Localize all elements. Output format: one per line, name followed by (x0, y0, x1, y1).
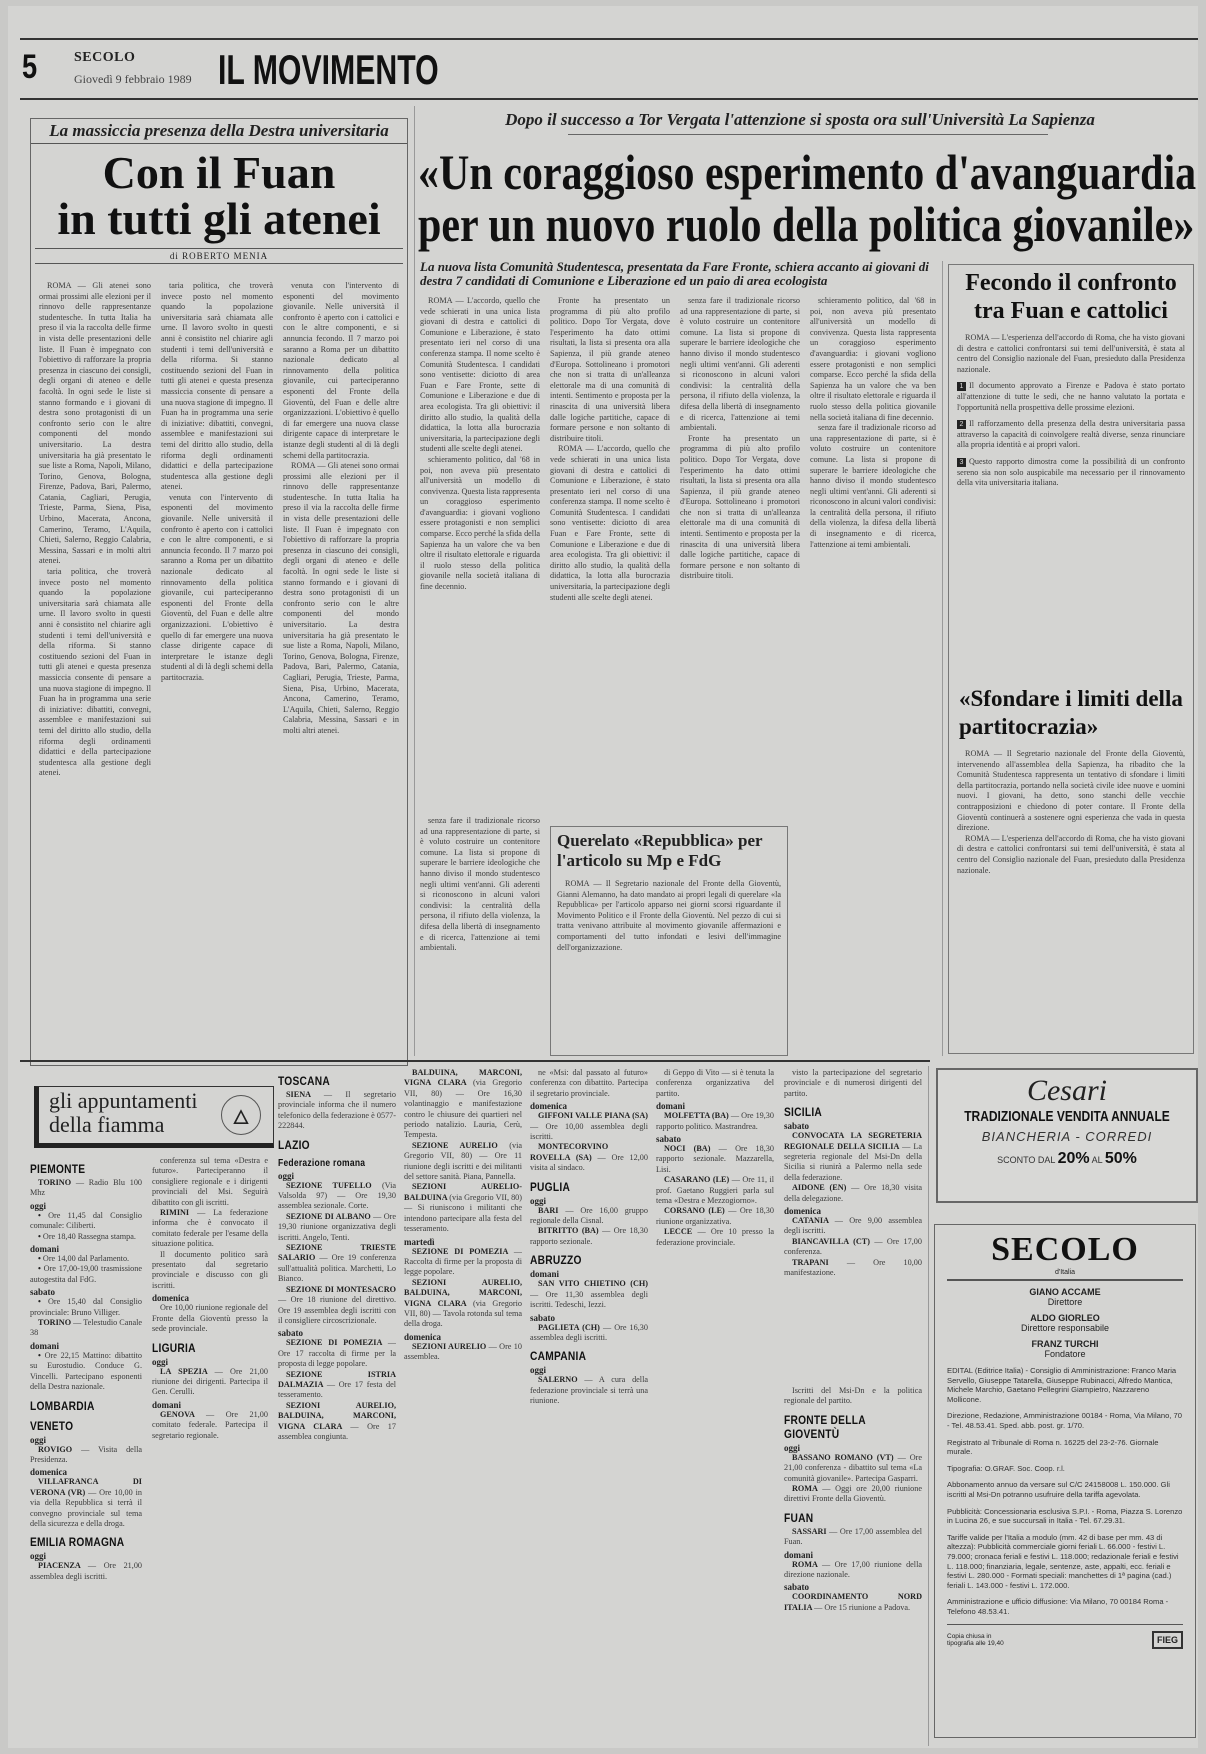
entry-place: SEZIONE AURELIO (412, 1141, 509, 1150)
person-role: Fondatore (947, 1349, 1183, 1359)
appointment-entry: • Ore 14,00 dal Parlamento. (30, 1254, 142, 1264)
side-second-headline: «Sfondare i limiti della partitocrazia» (959, 685, 1185, 741)
cesari-advertisement: Cesari TRADIZIONALE VENDITA ANNUALE BIAN… (936, 1068, 1198, 1203)
region-heading: FRONTE DELLA GIOVENTÙ (784, 1413, 901, 1441)
main-article-column-1: ROMA — L'accordo, quello che vede schier… (420, 296, 540, 816)
column-divider (414, 106, 415, 1056)
main-subheadline: La nuova lista Comunità Studentesca, pre… (420, 260, 945, 288)
colophon-people: GIANO ACCAME Direttore ALDO GIORLEO Dire… (947, 1287, 1183, 1359)
appointment-entry: SEZIONI AURELIO, BALDUINA, MARCONI, VIGN… (278, 1401, 396, 1443)
day-label: domani (656, 1101, 774, 1111)
side-article: Fecondo il confronto tra Fuan e cattolic… (948, 264, 1194, 1054)
entry-place: • (38, 1351, 45, 1360)
day-label: martedì (404, 1237, 522, 1247)
person-name: FRANZ TURCHI (947, 1339, 1183, 1349)
left-article-column-1: ROMA — Gli atenei sono ormai prossimi al… (39, 281, 151, 1061)
person-role: Direttore (947, 1297, 1183, 1307)
querelato-text: ROMA — Il Segretario nazionale del Front… (557, 879, 781, 1049)
entry-place: SAN VITO CHIETINO (CH) (538, 1279, 648, 1288)
entry-place: SEZIONI AURELIO, BALDUINA, MARCONI, VIGN… (404, 1278, 522, 1308)
appointment-entry: BALDUINA, MARCONI, VIGNA CLARA (via Greg… (404, 1068, 522, 1141)
appointment-entry: ROVIGO — Visita della Presidenza. (30, 1445, 142, 1466)
paragraph: ROMA — Il Segretario nazionale del Front… (957, 749, 1185, 834)
byline-bar: di ROBERTO MENIA (35, 248, 403, 264)
querelato-headline: Querelato «Repubblica» per l'articolo su… (551, 827, 787, 873)
column-divider (928, 1066, 929, 1746)
left-kicker: La massiccia presenza della Destra unive… (31, 121, 407, 144)
colophon: SECOLO d'Italia GIANO ACCAME Direttore A… (934, 1224, 1196, 1738)
day-label: oggi (30, 1435, 142, 1445)
day-label: domani (30, 1244, 142, 1254)
colophon-title: SECOLO (947, 1231, 1183, 1269)
paragraph: schieramento politico, dal '68 in poi, n… (810, 296, 936, 423)
appointment-entry: ne «Msi: dal passato al futuro» conferen… (530, 1068, 648, 1099)
entry-place: SEZIONI AURELIO-BALDUINA (404, 1182, 522, 1201)
day-label: domenica (30, 1467, 142, 1477)
left-article-column-2: taria politica, che troverà invece posto… (161, 281, 273, 1061)
region-heading: VENETO (30, 1419, 125, 1433)
entry-place: BARI (538, 1206, 565, 1215)
appointment-entry: SAN VITO CHIETINO (CH) — Ore 11,30 assem… (530, 1279, 648, 1310)
appointment-entry: • Ore 17,00-19,00 trasmissione autogesti… (30, 1264, 142, 1285)
entry-place: GENOVA (160, 1410, 206, 1419)
discount-prefix: SCONTO DAL (997, 1155, 1055, 1165)
appointment-entry: SEZIONI AURELIO-BALDUINA (via Gregorio V… (404, 1182, 522, 1234)
appointment-entry: CORSANO (LE) — Ore 18,30 riunione organi… (656, 1206, 774, 1227)
paragraph: ROMA — L'accordo, quello che vede schier… (420, 296, 540, 455)
colophon-footer: Copia chiusa in tipografia alle 19,40 FI… (947, 1624, 1183, 1649)
paragraph: schieramento politico, dal '68 in poi, n… (420, 455, 540, 593)
appuntamenti-column: visto la partecipazione del segretario p… (784, 1068, 922, 1384)
entry-place: BIANCAVILLA (CT) (792, 1237, 874, 1246)
appointment-entry: SEZIONE DI POMEZIA — Ore 17 raccolta di … (278, 1338, 396, 1369)
day-label: domani (784, 1550, 922, 1560)
appointment-entry: visto la partecipazione del segretario p… (784, 1068, 922, 1099)
entry-place: SEZIONI AURELIO, BALDUINA, MARCONI, VIGN… (278, 1401, 396, 1431)
appointment-entry: CONVOCATA LA SEGRETERIA REGIONALE DELLA … (784, 1131, 922, 1183)
entry-place: CORSANO (LE) (664, 1206, 728, 1215)
appuntamenti-column: ne «Msi: dal passato al futuro» conferen… (530, 1068, 648, 1746)
appointment-entry: TORINO — Telestudio Canale 38 (30, 1318, 142, 1339)
column-divider (942, 261, 943, 1056)
appointment-entry: SEZIONE ISTRIA DALMAZIA — Ore 17 festa d… (278, 1370, 396, 1401)
entry-place: LECCE (664, 1227, 697, 1236)
paragraph: senza fare il tradizionale ricorso ad un… (680, 296, 800, 434)
paragraph: taria politica, che troverà invece posto… (161, 281, 273, 493)
person-role: Direttore responsabile (947, 1323, 1183, 1333)
appointment-entry: SEZIONE DI MONTESACRO — Ore 18 riunione … (278, 1285, 396, 1327)
day-label: oggi (278, 1171, 396, 1181)
appointment-entry: • Ore 18,40 Rassegna stampa. (30, 1232, 142, 1242)
appointment-entry: RIMINI — La federazione informa che è co… (152, 1208, 268, 1250)
region-heading: SICILIA (784, 1105, 901, 1119)
main-headline-line1: «Un coraggioso esperimento d'avanguardia (418, 146, 1073, 198)
entry-place: SEZIONE DI MONTESACRO (286, 1285, 396, 1294)
appointment-entry: Iscritti del Msi-Dn e la politica region… (784, 1386, 922, 1407)
appointment-entry: COORDINAMENTO NORD ITALIA — Ore 15 riuni… (784, 1592, 922, 1613)
day-label: oggi (530, 1196, 648, 1206)
entry-place: • (38, 1232, 43, 1241)
appointment-entry: SEZIONE TUFELLO (Via Valsolda 97) — Ore … (278, 1181, 396, 1212)
appointment-entry: SASSARI — Ore 17,00 assemblea del Fuan. (784, 1527, 922, 1548)
day-label: domenica (404, 1332, 522, 1342)
appointment-entry: SEZIONE AURELIO (via Gregorio VII, 80) —… (404, 1141, 522, 1183)
discount-to: 50% (1105, 1150, 1137, 1167)
section-title: IL MOVIMENTO (218, 46, 439, 94)
appuntamenti-column: di Geppo di Vito — si è tenuta la confer… (656, 1068, 774, 1746)
day-label: oggi (152, 1357, 268, 1367)
appuntamenti-column: Iscritti del Msi-Dn e la politica region… (784, 1386, 922, 1746)
appointment-entry: PAGLIETA (CH) — Ore 16,30 assemblea degl… (530, 1323, 648, 1344)
appointment-entry: • Ore 15,40 dal Consiglio provinciale: B… (30, 1297, 142, 1318)
entry-place: MOLFETTA (BA) (664, 1111, 731, 1120)
title-line-1: gli appuntamenti (49, 1089, 197, 1113)
appointment-entry: SEZIONE TRIESTE SALARIO — Ore 19 confere… (278, 1243, 396, 1285)
appointment-entry: BARI — Ore 16,00 gruppo regionale della … (530, 1206, 648, 1227)
appointment-entry: TORINO — Radio Blu 100 Mhz (30, 1178, 142, 1199)
appointment-entry: MOLFETTA (BA) — Ore 19,30 rapporto polit… (656, 1111, 774, 1132)
entry-place: SEZIONE DI POMEZIA (286, 1338, 388, 1347)
appointment-entry: SALERNO — A cura della federazione provi… (530, 1375, 648, 1406)
appointment-entry: Il documento politico sarà presentato da… (152, 1250, 268, 1292)
colophon-subtitle: d'Italia (947, 1269, 1183, 1281)
entry-place: CATANIA (792, 1216, 835, 1225)
appointment-entry: SEZIONE DI ALBANO — Ore 19,30 riunione o… (278, 1212, 396, 1243)
paragraph: venuta con l'intervento di esponenti del… (161, 493, 273, 684)
paragraph: ROMA — L'esperienza dell'accordo di Roma… (957, 333, 1185, 375)
entry-place: AIDONE (EN) (792, 1183, 851, 1192)
paragraph: ROMA — L'esperienza dell'accordo di Roma… (957, 834, 1185, 876)
number-box: 2 (957, 420, 966, 429)
day-label: sabato (784, 1121, 922, 1131)
entry-place: ROMA (792, 1560, 822, 1569)
entry-place: CASARANO (LE) (664, 1175, 732, 1184)
region-heading: LOMBARDIA (30, 1399, 125, 1413)
appointment-entry: BIANCAVILLA (CT) — Ore 17,00 conferenza. (784, 1237, 922, 1258)
day-label: domenica (784, 1206, 922, 1216)
number-box: 3 (957, 458, 966, 467)
appuntamenti-column: TOSCANASIENA — Il segretario provinciale… (278, 1068, 396, 1746)
ad-tagline: TRADIZIONALE VENDITA ANNUALE (964, 1108, 1170, 1125)
left-headline-line2: in tutti gli atenei (31, 196, 407, 242)
entry-place: BASSANO ROMANO (VT) (792, 1453, 898, 1462)
appuntamenti-title: gli appuntamenti della fiamma (49, 1089, 197, 1137)
bottom-section-rule (20, 1060, 930, 1062)
main-article-column-3: senza fare il tradizionale ricorso ad un… (680, 296, 800, 816)
appuntamenti-column: conferenza sul tema «Destra e futuro». P… (152, 1156, 268, 1746)
appuntamenti-column: BALDUINA, MARCONI, VIGNA CLARA (via Greg… (404, 1068, 522, 1746)
entry-place: BITRITTO (BA) (538, 1226, 602, 1235)
appointment-entry: SEZIONE DI POMEZIA — Raccolta di firme p… (404, 1247, 522, 1278)
paragraph: ROMA — Gli atenei sono ormai prossimi al… (283, 461, 399, 736)
entry-place: VILLAFRANCA DI VERONA (VR) (30, 1477, 142, 1496)
paragraph: senza fare il tradizionale ricorso ad un… (810, 423, 936, 550)
ad-brand: Cesari (938, 1074, 1196, 1108)
appointment-entry: • Ore 22,15 Mattino: dibattito su Eurost… (30, 1351, 142, 1393)
paper-name: SECOLO (74, 50, 135, 66)
entry-place: SASSARI (792, 1527, 829, 1536)
paragraph: Fronte ha presentato un programma di più… (680, 434, 800, 582)
region-heading: TOSCANA (278, 1074, 378, 1088)
paragraph: ROMA — L'accordo, quello che vede schier… (550, 444, 670, 603)
region-heading: PIEMONTE (30, 1162, 125, 1176)
flame-logo-icon: 🜂 (221, 1095, 261, 1135)
appointment-entry: AIDONE (EN) — Ore 18,30 visita della del… (784, 1183, 922, 1204)
point-2: 2Il rafforzamento della presenza della d… (957, 419, 1185, 451)
appointment-entry: GIFFONI VALLE PIANA (SA) — Ore 10,00 ass… (530, 1111, 648, 1142)
side-headline: Fecondo il confronto tra Fuan e cattolic… (949, 269, 1193, 325)
day-label: oggi (30, 1551, 142, 1561)
entry-place: SEZIONE TUFELLO (286, 1181, 382, 1190)
paragraph: ROMA — Gli atenei sono ormai prossimi al… (39, 281, 151, 567)
appointment-entry: NOCI (BA) — Ore 18,30 rapporto sezionale… (656, 1144, 774, 1175)
appointment-entry: MONTECORVINO ROVELLA (SA) — Ore 12,00 vi… (530, 1142, 648, 1173)
day-label: sabato (30, 1287, 142, 1297)
appointment-entry: BITRITTO (BA) — Ore 18,30 rapporto sezio… (530, 1226, 648, 1247)
entry-place: SEZIONE TRIESTE SALARIO (278, 1243, 396, 1262)
appointment-entry: SIENA — Il segretario provinciale inform… (278, 1090, 396, 1132)
appointment-entry: SEZIONI AURELIO — Ore 10 assemblea. (404, 1342, 522, 1363)
entry-place: MONTECORVINO ROVELLA (SA) (530, 1142, 608, 1161)
appointment-entry: LECCE — Ore 10 presso la federazione pro… (656, 1227, 774, 1248)
entry-place: CONVOCATA LA SEGRETERIA REGIONALE DELLA … (784, 1131, 922, 1150)
entry-place: SIENA (286, 1090, 324, 1099)
issue-date: Giovedì 9 febbraio 1989 (74, 72, 192, 87)
entry-place: • (38, 1254, 43, 1263)
appointment-entry: ROMA — Oggi ore 20,00 riunione direttivi… (784, 1484, 922, 1505)
entry-place: SEZIONI AURELIO (412, 1342, 489, 1351)
day-label: domenica (152, 1293, 268, 1303)
appointment-entry: VILLAFRANCA DI VERONA (VR) — Ore 10,00 i… (30, 1477, 142, 1529)
appointment-entry: CASARANO (LE) — Ore 11, il prof. Gaetano… (656, 1175, 774, 1206)
top-rule (20, 38, 1198, 40)
main-article-column-2: Fronte ha presentato un programma di più… (550, 296, 670, 816)
entry-place: PAGLIETA (CH) (538, 1323, 603, 1332)
appointment-entry: conferenza sul tema «Destra e futuro». P… (152, 1156, 268, 1208)
number-box: 1 (957, 382, 966, 391)
newspaper-page: 5 SECOLO Giovedì 9 febbraio 1989 IL MOVI… (8, 6, 1198, 1748)
paragraph: taria politica, che troverà invece posto… (39, 567, 151, 779)
main-headline: «Un coraggioso esperimento d'avanguardia… (418, 146, 1073, 250)
masthead-bottom-rule (20, 98, 1198, 100)
colophon-paragraph: Tipografia: O.GRAF. Soc. Coop. r.l. (947, 1464, 1183, 1474)
entry-place: PIACENZA (38, 1561, 88, 1570)
colophon-paragraph: Pubblicità: Concessionaria esclusiva S.P… (947, 1507, 1183, 1526)
appointment-entry: CATANIA — Ore 9,00 assemblea degli iscri… (784, 1216, 922, 1237)
region-heading: EMILIA ROMAGNA (30, 1535, 125, 1549)
appointment-entry: • Ore 11,45 dal Consiglio comunale: Cili… (30, 1211, 142, 1232)
day-label: oggi (530, 1365, 648, 1375)
appuntamenti-column: PIEMONTETORINO — Radio Blu 100 Mhzoggi• … (30, 1156, 142, 1746)
region-heading: PUGLIA (530, 1180, 630, 1194)
day-label: sabato (656, 1134, 774, 1144)
left-article-column-3: venuta con l'intervento di esponenti del… (283, 281, 399, 1061)
entry-place: SEZIONE ISTRIA DALMAZIA (278, 1370, 396, 1389)
region-heading: LAZIO (278, 1138, 378, 1152)
entry-place: TRAPANI (792, 1258, 847, 1267)
appointment-entry: Ore 10,00 riunione regionale del Fronte … (152, 1303, 268, 1334)
colophon-paragraph: Amministrazione e ufficio diffusione: Vi… (947, 1597, 1183, 1616)
region-heading: FUAN (784, 1511, 901, 1525)
point-text: Questo rapporto dimostra come la possibi… (957, 457, 1185, 487)
day-label: domenica (530, 1101, 648, 1111)
ad-products: BIANCHERIA - CORREDI (938, 1129, 1196, 1144)
appointment-entry: TRAPANI — Ore 10,00 manifestazione. (784, 1258, 922, 1279)
point-3: 3Questo rapporto dimostra come la possib… (957, 457, 1185, 489)
entry-place: TORINO (38, 1178, 76, 1187)
main-article-column-1b: senza fare il tradizionale ricorso ad un… (420, 816, 540, 1056)
day-label: oggi (784, 1443, 922, 1453)
day-label: sabato (530, 1313, 648, 1323)
region-heading: CAMPANIA (530, 1349, 630, 1363)
paragraph: venuta con l'intervento di esponenti del… (283, 281, 399, 461)
entry-place: SEZIONE DI POMEZIA (412, 1247, 514, 1256)
main-kicker: Dopo il successo a Tor Vergata l'attenzi… (420, 110, 1180, 130)
appointment-entry: GENOVA — Ore 21,00 comitato federale. Pa… (152, 1410, 268, 1441)
entry-place: • (38, 1264, 44, 1273)
entry-place: ROVIGO (38, 1445, 81, 1454)
day-label: domani (30, 1341, 142, 1351)
main-headline-line2: per un nuovo ruolo della politica giovan… (418, 198, 1073, 250)
day-label: sabato (784, 1582, 922, 1592)
colophon-paragraph: EDITAL (Editrice Italia) - Consiglio di … (947, 1366, 1183, 1404)
entry-place: RIMINI (160, 1208, 197, 1217)
left-article: La massiccia presenza della Destra unive… (30, 118, 408, 1066)
discount-from: 20% (1058, 1150, 1090, 1167)
fieg-badge-icon: FIEG (1152, 1631, 1183, 1649)
day-label: oggi (30, 1201, 142, 1211)
subregion-heading: Federazione romana (278, 1158, 378, 1169)
region-heading: LIGURIA (152, 1341, 251, 1355)
page-number: 5 (22, 48, 37, 87)
ad-discount: SCONTO DAL 20% AL 50% (938, 1150, 1196, 1168)
appointment-entry: PIACENZA — Ore 21,00 assemblea degli isc… (30, 1561, 142, 1582)
entry-place: NOCI (BA) (664, 1144, 719, 1153)
querelato-box: Querelato «Repubblica» per l'articolo su… (550, 826, 788, 1056)
entry-place: GIFFONI VALLE PIANA (SA) (538, 1111, 648, 1120)
point-1: 1Il documento approvato a Firenze e Pado… (957, 381, 1185, 413)
main-article-column-4: schieramento politico, dal '68 in poi, n… (810, 296, 936, 1056)
appointment-entry: LA SPEZIA — Ore 21,00 riunione dei dirig… (152, 1367, 268, 1398)
day-label: domani (152, 1400, 268, 1410)
point-text: Il rafforzamento della presenza della de… (957, 419, 1185, 449)
entry-place: COORDINAMENTO NORD ITALIA (784, 1592, 922, 1611)
colophon-paragraph: Tariffe valide per l'Italia a modulo (mm… (947, 1533, 1183, 1591)
person-name: GIANO ACCAME (947, 1287, 1183, 1297)
day-label: sabato (278, 1328, 396, 1338)
paragraph: ROMA — Il Segretario nazionale del Front… (557, 879, 781, 953)
point-text: Il documento approvato a Firenze e Padov… (957, 381, 1185, 411)
colophon-paragraph: Registrato al Tribunale di Roma n. 16225… (947, 1438, 1183, 1457)
entry-place: SEZIONE DI ALBANO (286, 1212, 373, 1221)
entry-place: TORINO (38, 1318, 73, 1327)
entry-place: ROMA (792, 1484, 822, 1493)
entry-place: • (38, 1297, 48, 1306)
discount-mid: AL (1092, 1155, 1103, 1165)
side-second-text: ROMA — Il Segretario nazionale del Front… (957, 749, 1185, 1049)
appuntamenti-header: gli appuntamenti della fiamma 🜂 (34, 1086, 274, 1148)
left-headline-line1: Con il Fuan (31, 150, 407, 196)
footer-note: Copia chiusa in tipografia alle 19,40 (947, 1633, 1017, 1647)
appointment-entry: di Geppo di Vito — si è tenuta la confer… (656, 1068, 774, 1099)
region-heading: ABRUZZO (530, 1253, 630, 1267)
side-article-text: ROMA — L'esperienza dell'accordo di Roma… (957, 333, 1185, 673)
paragraph: senza fare il tradizionale ricorso ad un… (420, 816, 540, 954)
title-line-2: della fiamma (49, 1113, 197, 1137)
entry-place: BALDUINA, MARCONI, VIGNA CLARA (404, 1068, 522, 1087)
entry-place: LA SPEZIA (160, 1367, 215, 1376)
person-name: ALDO GIORLEO (947, 1313, 1183, 1323)
byline: di ROBERTO MENIA (35, 251, 403, 261)
entry-place: SALERNO (538, 1375, 584, 1384)
day-label: domani (530, 1269, 648, 1279)
appointment-entry: ROMA — Ore 17,00 riunione della direzion… (784, 1560, 922, 1581)
appointment-entry: SEZIONI AURELIO, BALDUINA, MARCONI, VIGN… (404, 1278, 522, 1330)
appointment-entry: BASSANO ROMANO (VT) — Ore 21,00 conferen… (784, 1453, 922, 1484)
paragraph: Fronte ha presentato un programma di più… (550, 296, 670, 444)
colophon-paragraph: Abbonamento annuo da versare sul C/C 241… (947, 1480, 1183, 1499)
colophon-paragraph: Direzione, Redazione, Amministrazione 00… (947, 1411, 1183, 1430)
kicker-rule (568, 134, 1048, 135)
entry-place: • (38, 1211, 48, 1220)
